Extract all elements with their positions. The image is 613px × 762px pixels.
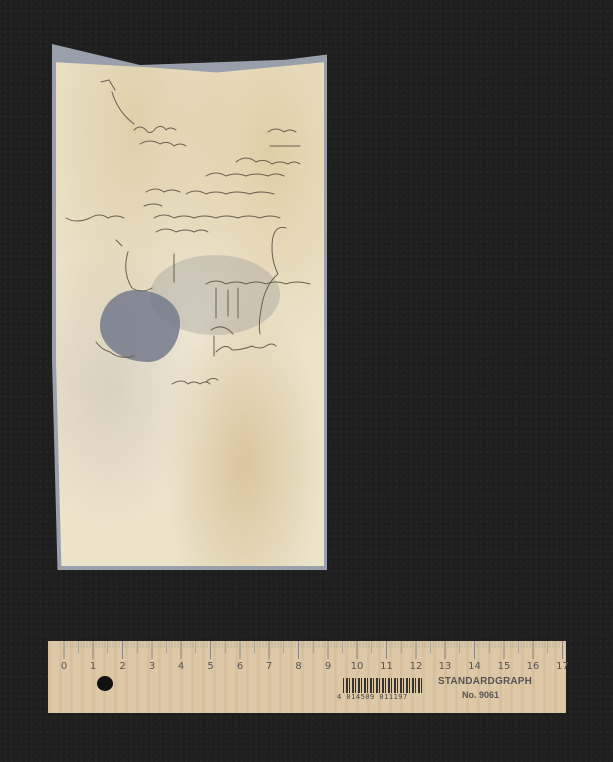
ruler-label-17: 17 — [556, 661, 569, 672]
ruler-label-5: 5 — [207, 661, 213, 672]
ruler-brand: STANDARDGRAPH — [438, 676, 532, 687]
ruler-model: No. 9061 — [462, 690, 499, 700]
ruler-label-1: 1 — [90, 661, 96, 672]
barcode-number: 4 014509 011197 — [337, 693, 408, 701]
ruler-hang-hole — [97, 676, 113, 691]
ruler-label-16: 16 — [527, 661, 540, 672]
ruler-label-3: 3 — [149, 661, 155, 672]
ruler-label-13: 13 — [439, 661, 452, 672]
ruler-label-12: 12 — [410, 661, 423, 672]
ruler-label-0: 0 — [61, 661, 67, 672]
ruler-label-9: 9 — [325, 661, 331, 672]
ruler-label-6: 6 — [237, 661, 243, 672]
ruler-label-2: 2 — [119, 661, 125, 672]
ruler-ticks — [48, 641, 566, 669]
ruler-label-10: 10 — [351, 661, 364, 672]
barcode-icon — [343, 678, 423, 693]
ruler-label-14: 14 — [468, 661, 481, 672]
ruler-label-15: 15 — [498, 661, 511, 672]
ruler-label-11: 11 — [380, 661, 393, 672]
ruler-label-8: 8 — [295, 661, 301, 672]
ruler-label-7: 7 — [266, 661, 272, 672]
handwritten-script — [56, 52, 324, 566]
ruler-label-4: 4 — [178, 661, 184, 672]
measurement-ruler: 0 1 2 3 4 5 6 7 8 9 10 11 12 13 14 15 16… — [48, 641, 566, 713]
